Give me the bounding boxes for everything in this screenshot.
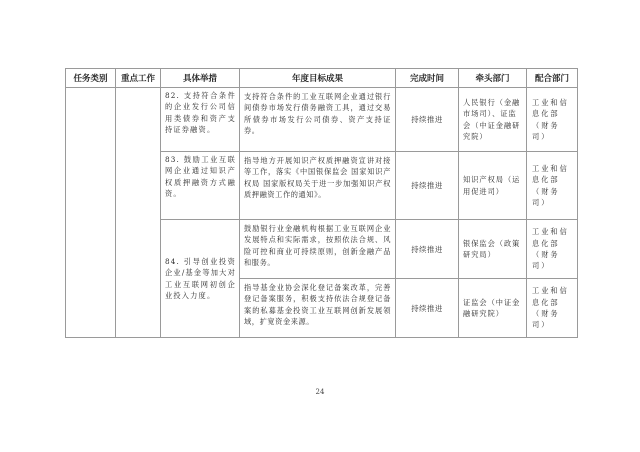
header-measure: 具体举措 bbox=[161, 69, 240, 88]
target-cell: 鼓励银行业金融机构根据工业互联网企业发展特点和实际需求，按照依法合规、风险可控和… bbox=[240, 220, 396, 279]
coop-dept-cell: 工业和信息化部（财务司） bbox=[527, 88, 578, 152]
header-cooperating-department: 配合部门 bbox=[527, 69, 578, 88]
measure-cell: 83. 鼓励工业互联网企业通过知识产权质押融资方式融资。 bbox=[161, 152, 240, 220]
coop-dept-cell: 工业和信息化部（财务司） bbox=[527, 279, 578, 338]
table-row: 82. 支持符合条件的企业发行公司信用类债券和资产支持证券融资。 支持符合条件的… bbox=[66, 88, 578, 152]
lead-dept-cell: 人民银行（金融市场司）、证监会（中证金融研究院） bbox=[459, 88, 527, 152]
target-cell: 支持符合条件的工业互联网企业通过银行间债券市场发行债务融资工具，通过交易所债券市… bbox=[240, 88, 396, 152]
header-completion-time: 完成时间 bbox=[396, 69, 459, 88]
header-key-work: 重点工作 bbox=[116, 69, 161, 88]
time-cell: 持续推进 bbox=[396, 88, 459, 152]
measure-cell: 84. 引导创业投资企业/基金等加大对工业互联网初创企业投入力度。 bbox=[161, 220, 240, 338]
lead-dept-cell: 知识产权局（运用促进司） bbox=[459, 152, 527, 220]
time-cell: 持续推进 bbox=[396, 152, 459, 220]
target-cell: 指导基金业协会深化登记备案改革，完善登记备案服务，积极支持依法合规登记备案的私募… bbox=[240, 279, 396, 338]
coop-dept-cell: 工业和信息化部（财务司） bbox=[527, 152, 578, 220]
header-category: 任务类别 bbox=[66, 69, 116, 88]
measure-cell: 82. 支持符合条件的企业发行公司信用类债券和资产支持证券融资。 bbox=[161, 88, 240, 152]
header-lead-department: 牵头部门 bbox=[459, 69, 527, 88]
task-table: 任务类别 重点工作 具体举措 年度目标成果 完成时间 牵头部门 配合部门 82.… bbox=[65, 68, 578, 338]
lead-dept-cell: 银保监会（政策研究局） bbox=[459, 220, 527, 279]
category-cell bbox=[66, 88, 116, 338]
coop-dept-cell: 工业和信息化部（财务司） bbox=[527, 220, 578, 279]
target-cell: 指导地方开展知识产权质押融资宣讲对接等工作，落实《中国银保监会 国家知识产权局 … bbox=[240, 152, 396, 220]
time-cell: 持续推进 bbox=[396, 220, 459, 279]
header-annual-target: 年度目标成果 bbox=[240, 69, 396, 88]
lead-dept-cell: 证监会（中证金融研究院） bbox=[459, 279, 527, 338]
table-header-row: 任务类别 重点工作 具体举措 年度目标成果 完成时间 牵头部门 配合部门 bbox=[66, 69, 578, 88]
time-cell: 持续推进 bbox=[396, 279, 459, 338]
page-number: 24 bbox=[0, 388, 640, 396]
key-work-cell bbox=[116, 88, 161, 338]
